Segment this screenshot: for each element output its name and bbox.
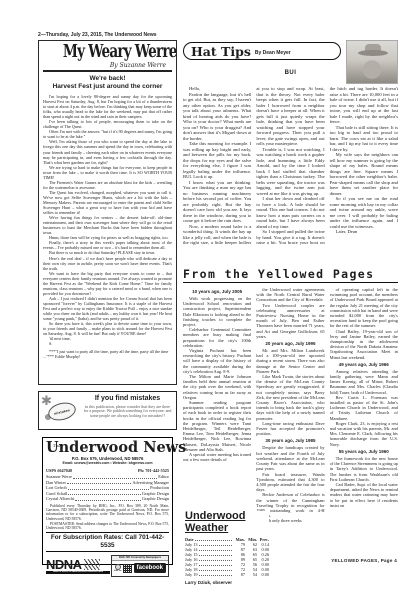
paragraph: Here's the real deal – if we don't have … [43,256,172,271]
hat-tips-column: Hat Tips By Dean Meyer BUI Hello,Pardon … [183,40,398,268]
newspaper-name: The Underwood News [46,440,169,455]
paragraph: So there you have it, this week's plea t… [43,321,172,336]
splat-icon: ✱ [41,394,52,407]
paragraph: We're having fun things for seniors – th… [43,215,172,235]
decade-heading: 55 years ago, July 1960 [330,449,398,455]
deck-line-1: We're back! [43,75,172,83]
paragraph: We want to have the big party that every… [43,271,172,296]
paragraph: Coleharbor Centennial Committee members … [183,327,251,348]
paragraph: The Milton and Marie Johnson families he… [183,374,251,400]
paragraph: Long-time racing enthusiast Dave Frezer … [256,421,324,437]
yellowed-pages-columns: 10 years ago, July 2005With work progres… [183,287,398,565]
hat-tips-title: Hat Tips [191,45,251,58]
closing-quote: ***"I just want to party all the time, p… [43,349,172,359]
decade-heading: 20 years ago, July 1995 [256,341,324,347]
like-us-badge: Like us [114,564,122,573]
hat-brim-icon [358,50,388,56]
column-masthead: My Weary Werre World [43,43,172,62]
paragraph: of operating capital left in the swimmin… [330,287,398,329]
column-title: My Weary Werre World [63,42,177,61]
yellowed-col-3: of operating capital left in the swimmin… [330,287,398,565]
deck-line-2: Harvest Fest just around the corner [43,83,172,91]
subscription-rates-line: For Subscription Rates: Call 701-442-553… [46,532,169,552]
weather-title-line-1: Underwood [185,511,269,523]
newspaper-name-text: Underwood News [46,439,186,456]
paragraph: The Firemen's Water Games are an absolut… [43,180,172,190]
paragraph: I shut her down and climbed off to have … [256,196,324,229]
staff-row: Crystal AlbrechtGraphic Design [46,496,169,502]
article-body: I'm hoping for a lovely 80-degree and su… [43,94,172,382]
paragraph: The Quest has evolved, changed, morphed,… [43,190,172,215]
newspaper-contact: Email: unews@westriv.com • Website: bhgn… [46,461,169,466]
ndna-wordmark: NDNA [46,558,82,571]
paragraph: That bale is still sitting there. It is … [330,125,398,153]
mistakes-heading: If you find mistakes [83,395,172,403]
staff-list: Suzanne WerreEditorDan WinterAdvertising… [46,474,169,502]
balloon-label: mistakes [54,408,71,416]
phone-number: Ph: 701-442-5525 [138,468,169,473]
paragraph: We are trying so hard to make things fun… [43,165,172,180]
mistakes-notice-box: ✱ mistakes If you find mistakes in this … [38,391,177,430]
paragraph: Despite the handicaps created by hot wea… [256,445,324,471]
decade-heading: 49 years ago, July 1966 [330,362,398,368]
paragraph: But there is so much to do that Saturday… [43,250,172,255]
page-folio: 2—Thursday, July 23, 2015, The Underwood… [38,32,157,38]
weather-title-line-2: Weather [185,523,269,535]
mistakes-text: If you find mistakes in this publication… [81,394,174,427]
paragraph: Virginia Puchant has been researching th… [183,348,251,374]
paragraph: Mr. and Mrs. Milton Landsverk had a 100-… [256,348,324,374]
facebook-box-row: Like us facebook [112,561,168,576]
ndna-wordmark-row: NDNA [46,558,110,571]
postmaster-notice: POSTMASTER: Send address changes to The … [46,522,169,531]
dotted-leader [195,540,232,541]
weather-table: Date Max. Min. Prec. July 1379620.14July… [185,537,269,577]
mistakes-body: in this publication, please consider tha… [83,405,172,419]
signoff-line-2: S. [43,341,172,346]
paragraph: I've been talking to lots of people, enc… [43,119,172,129]
paragraph: Two Underwood couples are celebrating an… [256,303,324,339]
usps-number: USPS #647040 [46,468,72,473]
paragraph: My wife says the neighbors can tell how … [330,152,398,196]
paragraph: Well, I'm asking those of you who want t… [43,139,172,164]
facebook-logo: facebook [134,563,166,573]
paragraph: Like Mark Twain, the stories about the d… [256,374,324,421]
paragraph: Summer reading program participants comp… [183,400,251,452]
paragraph: Carl Bader, Supt. of the local water dep… [330,482,398,508]
weather-rows: July 1379620.14July 1487630.00July 15866… [185,542,269,577]
paragraph: the Underwood water agreements with the … [256,287,324,303]
hat-tips-subhead: BUI [183,70,398,76]
paragraph: Trouble is, I was not watching. I was wa… [256,147,324,197]
hat-tips-byline: By Dean Meyer [255,50,291,56]
yellowed-col-1: 10 years ago, July 2005With work progres… [183,287,251,487]
paragraph: With work progressing on the Underwood S… [183,296,251,327]
decade-heading: 10 years ago, July 2005 [183,289,251,295]
logo-row: NDNA NORTH DAKOTA NEWSPAPER ASSOCIATION … [46,554,169,577]
paragraph: A special water meeting has ironed out a… [183,452,251,462]
facebook-box: BHG: ND Community Newspapers Like us fac… [111,555,169,577]
paragraph: Often I'm met with the answer, "but if i… [43,129,172,139]
paragraph: Roger Clark, 23, is enjoying a rest and … [330,421,398,447]
yellowed-pages-section: From the Yellowed Pages 10 years ago, Ju… [183,268,398,573]
masthead-info-box: The Underwood News P.O. Box 575, Underwo… [42,437,173,565]
masthead-rule [43,70,172,72]
paragraph: Aah – I just realized I didn't mention t… [43,296,172,321]
columnist-photo [346,40,398,84]
paragraph: Rev. Curtis L. Foreman was installed as … [330,395,398,421]
weather-observer: Larry Dziuk, observer [185,580,269,585]
paragraph: So if you see me on the road some mornin… [330,196,398,229]
paragraph: Chad Bailey, 19-year-old son of Jerry an… [330,329,398,360]
continued-jump-line: YELLOWED PAGES, Page 4 [329,558,397,563]
usps-phone-row: USPS #647040 Ph: 701-442-5525 [46,468,169,473]
paragraph: Pardon the language, but it's hell to ge… [183,92,251,142]
ndna-logo: NDNA NORTH DAKOTA NEWSPAPER ASSOCIATION [46,558,110,575]
ndna-stripes-icon [84,559,100,570]
qr-code-icon [123,564,132,573]
ndna-subtitle: NORTH DAKOTA NEWSPAPER ASSOCIATION [46,571,110,575]
published-notice: Published every Thursday by BHG, Inc., P… [46,504,169,522]
paragraph: I'm hoping for a lovely 80-degree and su… [43,94,172,119]
weather-row: July 1987540.00 [185,572,269,577]
paragraph: Fair board treasurer, Wanda Tjondrom, es… [256,472,324,493]
newspaper-the: The [53,438,61,453]
paragraph: The framework for the new house of the C… [330,456,398,482]
column-byline: By Suzanne Werre [43,62,172,69]
paragraph: Among relatives attending the family gat… [330,369,398,395]
decade-heading: 30 years ago, July 1985 [256,438,324,444]
paragraph: Take this morning for example. I was rol… [183,141,251,180]
like-us-label: Like us [114,570,122,573]
yellowed-pages-title: From the Yellowed Pages [183,268,398,283]
weary-werre-world-column: My Weary Werre World By Suzanne Werre We… [38,40,177,385]
weather-box: Underwood Weather Date Max. Min. Prec. J… [185,511,269,585]
paragraph: I know what you are thinking. You are th… [183,180,251,224]
hat-tips-body: Hello,Pardon the language, but it's hell… [183,86,398,268]
paragraph: Later, Dean [330,229,398,235]
article-paragraphs: I'm hoping for a lovely 80-degree and su… [43,94,172,336]
hat-tips-header-box: Hat Tips By Dean Meyer [183,42,341,60]
paragraph: Finally, there's a story in this week's … [43,240,172,250]
mistakes-art: ✱ mistakes [41,394,81,427]
